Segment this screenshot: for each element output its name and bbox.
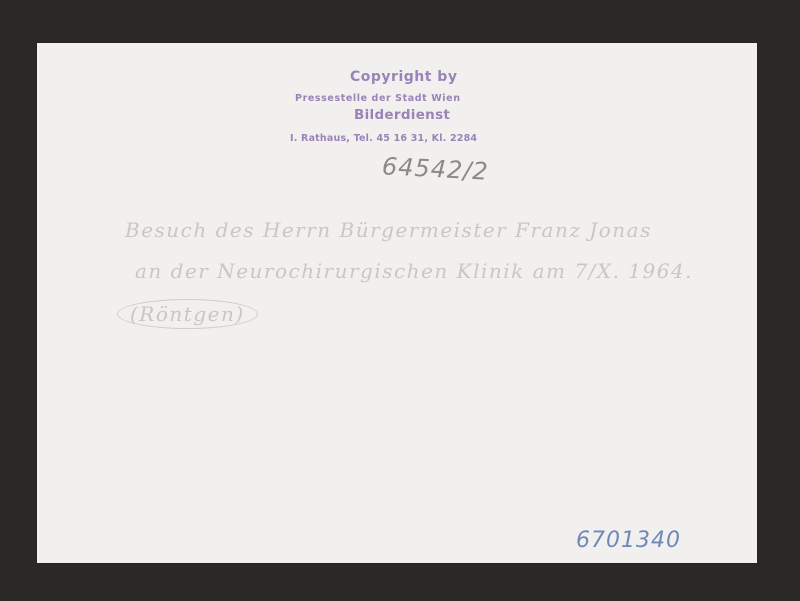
inventory-number: 6701340 <box>576 528 681 553</box>
caption-line-1: Besuch des Herrn Bürgermeister Franz Jon… <box>125 218 652 242</box>
photo-back-card: Copyright by Pressestelle der Stadt Wien… <box>37 43 757 563</box>
caption-line-2: an der Neurochirurgischen Klinik am 7/X.… <box>135 259 693 283</box>
caption-line-3: (Röntgen) <box>117 299 258 329</box>
stamp-picture-service-line: Bilderdienst <box>354 107 450 123</box>
stamp-address-line: I. Rathaus, Tel. 45 16 31, Kl. 2284 <box>290 133 477 144</box>
stamp-press-office-line: Pressestelle der Stadt Wien <box>295 93 461 104</box>
archive-number: 64542/2 <box>381 152 489 186</box>
caption-roentgen: (Röntgen) <box>117 299 258 329</box>
stamp-copyright-line: Copyright by <box>350 69 457 85</box>
